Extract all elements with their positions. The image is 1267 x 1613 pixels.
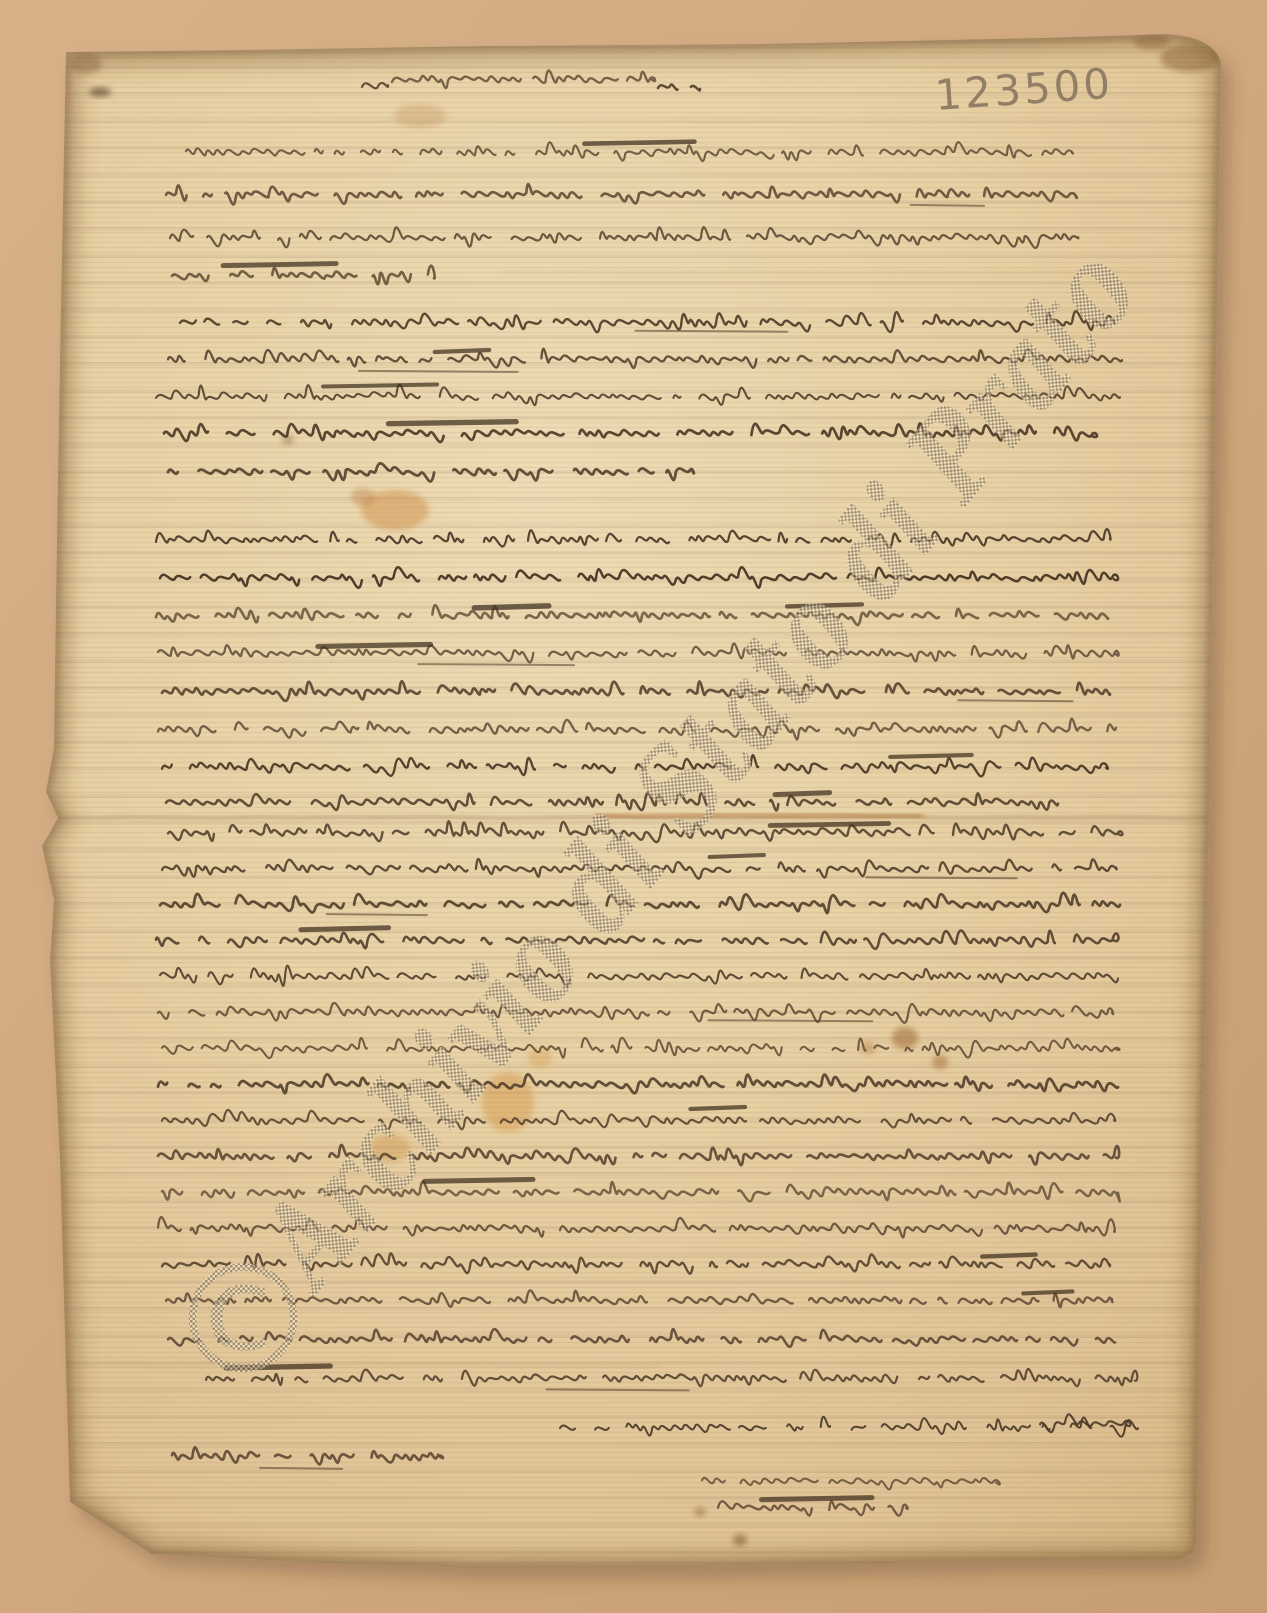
stain — [351, 488, 375, 506]
stain — [733, 1534, 747, 1546]
stain — [394, 104, 446, 128]
ink-line — [418, 664, 574, 665]
stain — [89, 87, 111, 97]
ink-line — [323, 385, 437, 387]
watermark-copyright-icon: © — [168, 1234, 318, 1408]
ink-line — [389, 422, 517, 424]
ink-line — [547, 1389, 689, 1390]
ink-line — [708, 1020, 872, 1021]
ink-line — [474, 606, 549, 608]
ink-line — [318, 644, 431, 646]
ink-line — [1023, 1291, 1072, 1293]
ink-line — [635, 331, 787, 332]
ink-line — [867, 877, 1017, 878]
stain — [694, 1507, 706, 1517]
ink-line — [762, 1498, 872, 1500]
document-scan: 123500 Archivio di Stato di Prato © — [0, 0, 1267, 1613]
ink-line — [260, 1468, 342, 1469]
ink-line — [359, 371, 518, 372]
ink-line — [584, 142, 694, 144]
stain — [892, 1027, 918, 1049]
ink-line — [911, 205, 984, 206]
ink-line — [775, 793, 830, 795]
ink-line — [958, 700, 1072, 701]
ink-line — [982, 1255, 1035, 1257]
ink-line — [890, 755, 972, 757]
ink-line — [223, 264, 336, 266]
ink-line — [301, 928, 389, 930]
ink-line — [691, 1107, 746, 1109]
ink-line — [710, 855, 764, 857]
scanned-letter: 123500 Archivio di Stato di Prato © — [0, 0, 1267, 1613]
ink-line — [435, 350, 489, 352]
stain — [932, 1055, 948, 1069]
ink-line — [770, 824, 889, 826]
ink-line — [327, 914, 427, 915]
